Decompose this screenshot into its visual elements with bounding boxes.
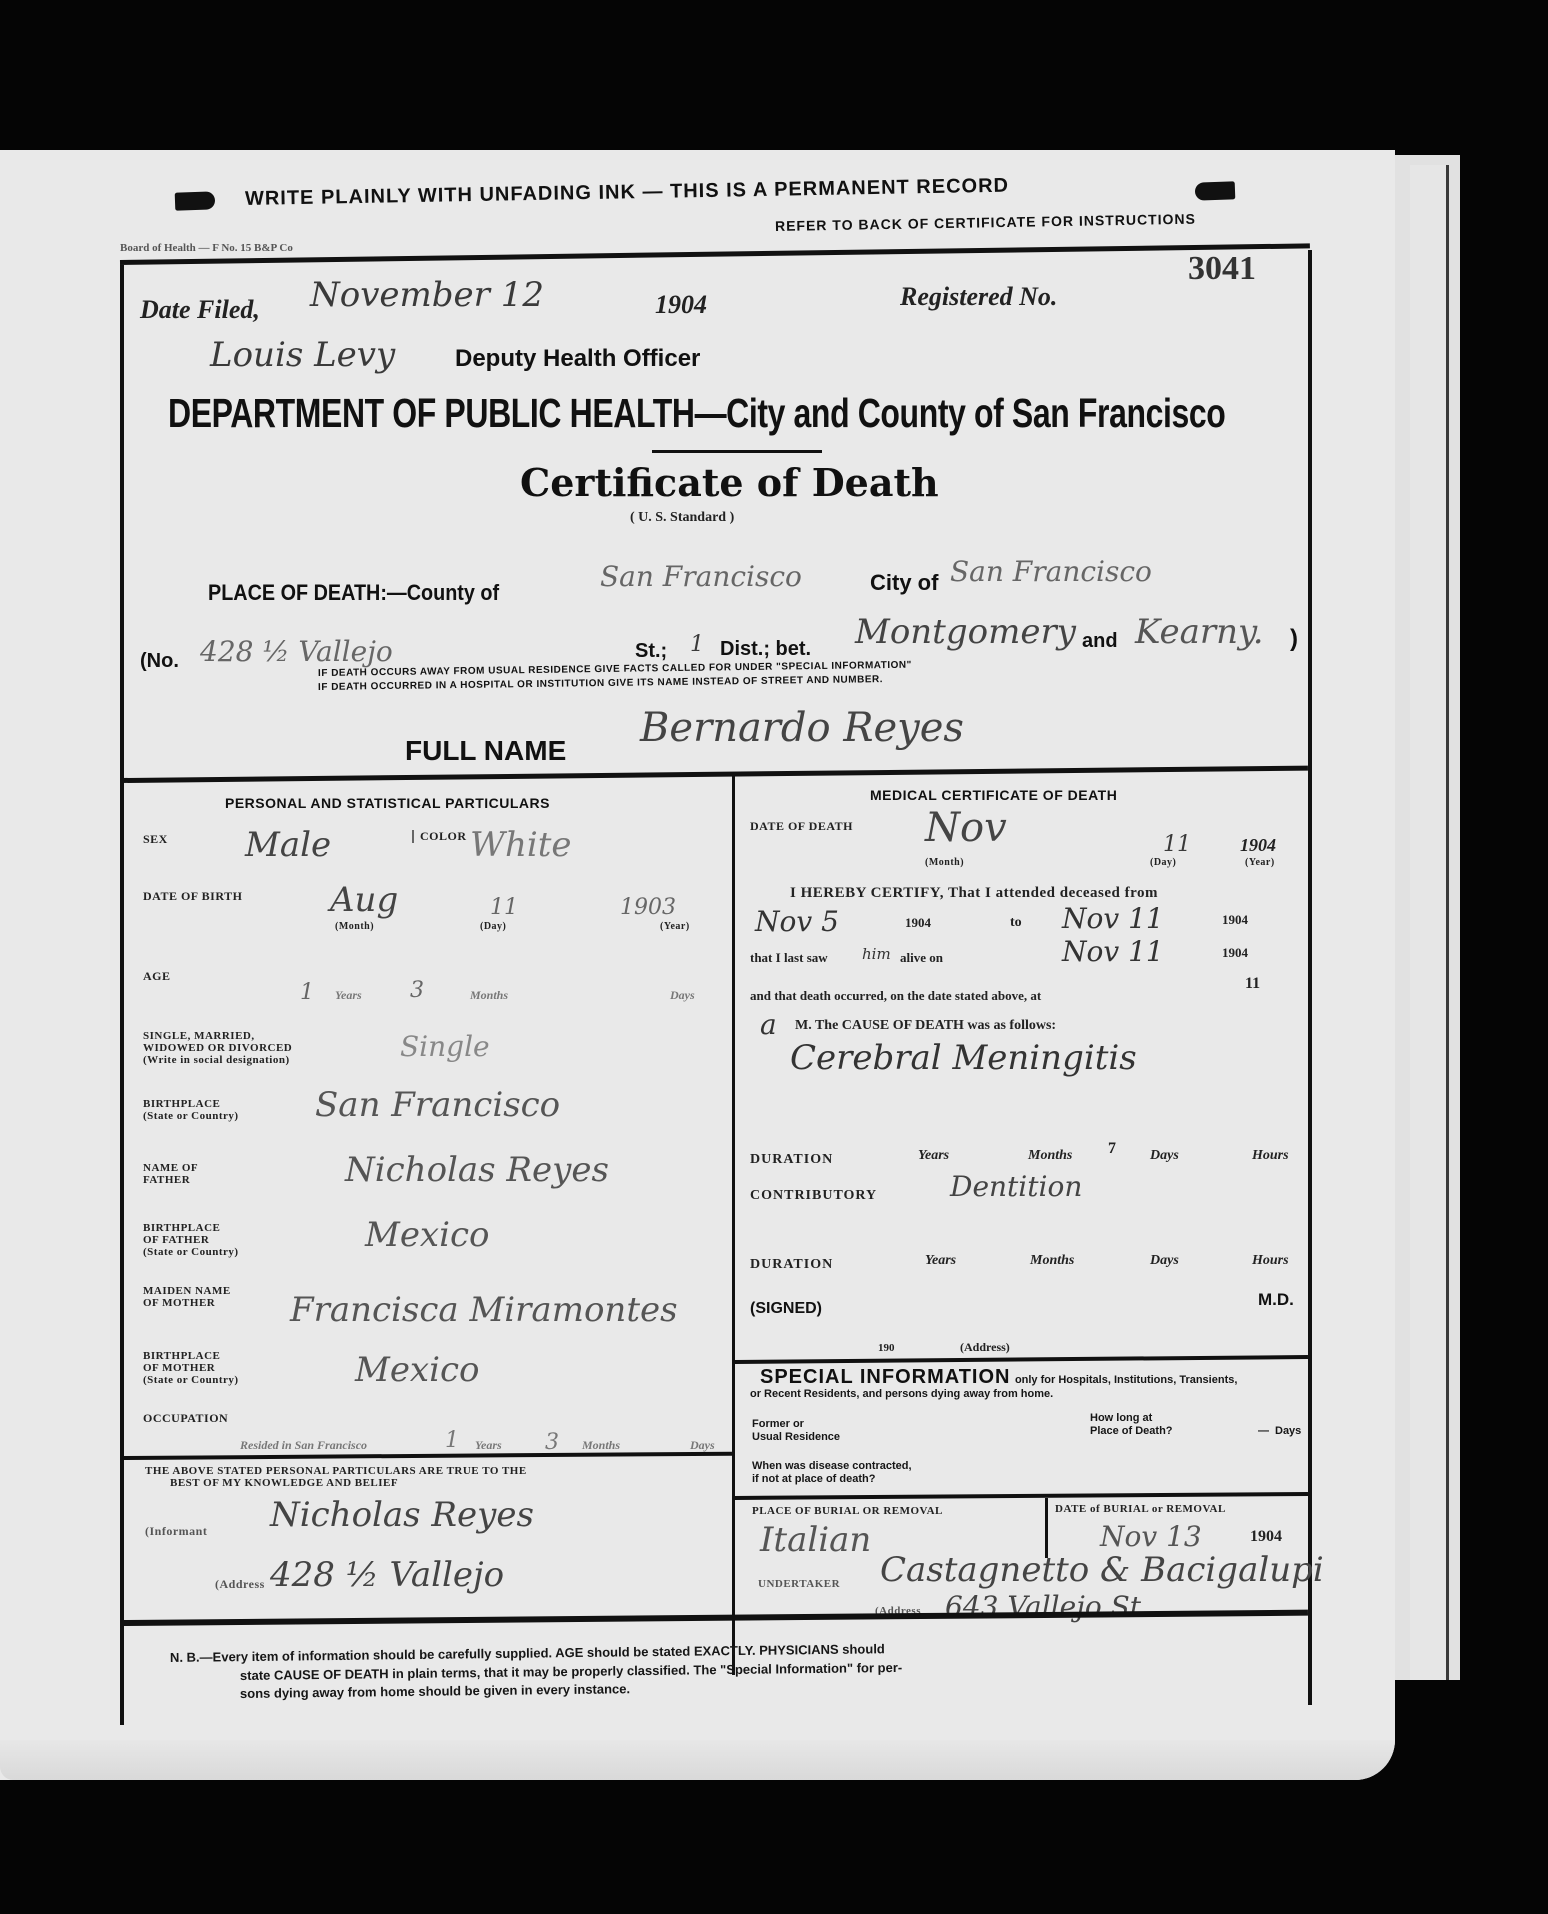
undertaker-label: UNDERTAKER	[758, 1578, 840, 1591]
last-saw-label: that I last saw	[750, 950, 828, 966]
birthplace-label: BIRTHPLACE (State or Country)	[143, 1098, 239, 1122]
pointing-hand-icon	[175, 191, 216, 210]
duration-2-years-label: Years	[925, 1253, 956, 1269]
last-saw-year: 1904	[1222, 945, 1248, 961]
duration-label: DURATION	[750, 1152, 833, 1168]
certificate-title: Certificate of Death	[520, 460, 939, 505]
duration-days-label: Days	[1150, 1148, 1179, 1164]
father-bp-label-line-1: BIRTHPLACE	[143, 1222, 239, 1234]
dob-day-label: (Day)	[480, 920, 506, 933]
contracted-label: When was disease contracted, if not at p…	[752, 1460, 912, 1486]
dob-label: DATE OF BIRTH	[143, 890, 242, 903]
birthplace-label-line-1: BIRTHPLACE	[143, 1098, 239, 1110]
death-occurred-text: and that death occurred, on the date sta…	[750, 988, 1041, 1004]
mother-label-line-1: MAIDEN NAME	[143, 1285, 231, 1297]
undertaker-value: Castagnetto & Bacigalupi	[880, 1550, 1324, 1590]
special-rule	[735, 1355, 1308, 1364]
age-years-label: Years	[335, 988, 362, 1003]
medical-heading: MEDICAL CERTIFICATE OF DEATH	[870, 787, 1117, 803]
dod-year: 1904	[1240, 835, 1276, 856]
former-residence-label: Former or Usual Residence	[752, 1418, 840, 1444]
and-label: and	[1082, 630, 1118, 653]
duration-months-value: 7	[1108, 1140, 1116, 1158]
dod-month-label: (Month)	[925, 856, 964, 869]
warning-banner: WRITE PLAINLY WITH UNFADING INK — THIS I…	[245, 175, 1009, 211]
duration-2-hours-label: Hours	[1252, 1253, 1289, 1269]
cause-label: M. The CAUSE OF DEATH was as follows:	[795, 1018, 1056, 1034]
pointing-hand-icon	[1195, 181, 1236, 200]
duration-2-days-label: Days	[1150, 1253, 1179, 1269]
dod-year-label: (Year)	[1245, 856, 1275, 869]
mother-bp-label-line-3: (State or Country)	[143, 1374, 239, 1386]
place-of-death-label: PLACE OF DEATH:—County of	[208, 580, 499, 606]
mother-name-value: Francisca Miramontes	[290, 1290, 678, 1330]
personal-heading: PERSONAL AND STATISTICAL PARTICULARS	[225, 795, 550, 811]
right-border	[1308, 250, 1312, 1705]
age-days-label: Days	[670, 988, 695, 1003]
marital-label-line-1: SINGLE, MARRIED,	[143, 1030, 292, 1042]
father-label-line-1: NAME OF	[143, 1162, 198, 1174]
department-heading: DEPARTMENT OF PUBLIC HEALTH—City and Cou…	[168, 390, 1225, 437]
father-birthplace-value: Mexico	[365, 1215, 490, 1255]
mother-label-line-2: OF MOTHER	[143, 1297, 231, 1309]
left-border	[120, 265, 124, 1725]
street-number-label: (No.	[140, 650, 179, 673]
registered-label: Registered No.	[900, 282, 1057, 312]
duration-months-label: Months	[1028, 1148, 1072, 1164]
how-long-label: How long at Place of Death?	[1090, 1412, 1173, 1438]
father-name-value: Nicholas Reyes	[345, 1150, 609, 1190]
city-value: San Francisco	[950, 555, 1152, 588]
full-name-label: FULL NAME	[405, 735, 566, 767]
date-filed-value: November 12	[310, 275, 544, 315]
date-filed-label: Date Filed,	[140, 295, 260, 325]
physician-address-label: (Address)	[960, 1340, 1010, 1355]
resided-years: 1	[445, 1428, 459, 1453]
year-prefix: 190	[878, 1342, 895, 1354]
father-name-label: NAME OF FATHER	[143, 1162, 198, 1186]
birthplace-value: San Francisco	[315, 1085, 560, 1125]
form-number: Board of Health — F No. 15 B&P Co	[120, 242, 293, 254]
attest-line-2: BEST OF MY KNOWLEDGE AND BELIEF	[170, 1477, 398, 1490]
dob-month-label: (Month)	[335, 920, 374, 933]
street-label: St.;	[635, 640, 667, 663]
how-long-value: —	[1258, 1425, 1269, 1437]
nb-line-3: sons dying away from home should be give…	[240, 1681, 630, 1701]
city-label: City of	[870, 570, 938, 596]
duration-hours-label: Hours	[1252, 1148, 1289, 1164]
district-label: Dist.; bet.	[720, 638, 811, 661]
duration-2-months-label: Months	[1030, 1253, 1074, 1269]
full-name-value: Bernardo Reyes	[640, 705, 964, 751]
attended-from: Nov 5	[755, 905, 839, 938]
father-bp-label-line-3: (State or Country)	[143, 1246, 239, 1258]
death-certificate: WRITE PLAINLY WITH UNFADING INK — THIS I…	[0, 150, 1395, 1780]
marital-label-line-2: WIDOWED OR DIVORCED	[143, 1042, 292, 1054]
marital-label: SINGLE, MARRIED, WIDOWED OR DIVORCED (Wr…	[143, 1030, 292, 1066]
duration-2-label: DURATION	[750, 1257, 833, 1273]
certify-text: I HEREBY CERTIFY, That I attended deceas…	[790, 885, 1158, 902]
mother-bp-label-line-2: OF MOTHER	[143, 1362, 239, 1374]
between-street-2: Kearny.	[1135, 612, 1264, 652]
how-long-label-line-2: Place of Death?	[1090, 1425, 1173, 1438]
burial-place-value: Italian	[760, 1520, 871, 1560]
section-rule	[122, 766, 1308, 783]
mother-birthplace-label: BIRTHPLACE OF MOTHER (State or Country)	[143, 1350, 239, 1386]
burial-divider	[1045, 1498, 1048, 1558]
date-filed-year: 1904	[655, 290, 707, 320]
mother-bp-label-line-1: BIRTHPLACE	[143, 1350, 239, 1362]
mother-birthplace-value: Mexico	[355, 1350, 480, 1390]
burial-place-label: PLACE OF BURIAL OR REMOVAL	[752, 1505, 943, 1518]
sex-value: Male	[245, 825, 331, 865]
dob-month: Aug	[330, 880, 398, 920]
duration-years-label: Years	[918, 1148, 949, 1164]
resided-months: 3	[545, 1430, 559, 1455]
registered-number: 3041	[1188, 250, 1256, 288]
informant-address-label: (Address	[215, 1578, 265, 1591]
dob-day: 11	[490, 895, 518, 920]
dob-year-label: (Year)	[660, 920, 690, 933]
occupation-label: OCCUPATION	[143, 1412, 228, 1425]
last-saw-date: Nov 11	[1062, 935, 1164, 968]
informant-label: (Informant	[145, 1525, 207, 1538]
birthplace-label-line-2: (State or Country)	[143, 1110, 239, 1122]
instructions-note: REFER TO BACK OF CERTIFICATE FOR INSTRUC…	[775, 211, 1196, 234]
officer-title: Deputy Health Officer	[455, 345, 700, 373]
resided-days-label: Days	[690, 1438, 715, 1453]
death-hour: 11	[1245, 975, 1260, 993]
dod-month: Nov	[925, 805, 1007, 851]
burial-rule	[735, 1492, 1308, 1500]
special-heading: SPECIAL INFORMATION only for Hospitals, …	[760, 1366, 1237, 1389]
how-long-label-line-1: How long at	[1090, 1412, 1173, 1425]
dod-day: 11	[1163, 832, 1191, 857]
cause-value: Cerebral Meningitis	[790, 1038, 1137, 1078]
street-address-value: 428 ½ Vallejo	[200, 635, 393, 668]
age-years: 1	[300, 980, 314, 1005]
burial-date-label: DATE of BURIAL or REMOVAL	[1055, 1503, 1226, 1516]
to-label: to	[1010, 915, 1022, 931]
marital-value: Single	[400, 1030, 490, 1063]
father-bp-label-line-2: OF FATHER	[143, 1234, 239, 1246]
burial-date-year: 1904	[1250, 1528, 1282, 1546]
contracted-label-line-1: When was disease contracted,	[752, 1460, 912, 1473]
certificate-subtitle: ( U. S. Standard )	[630, 510, 734, 526]
attended-to: Nov 11	[1062, 902, 1164, 935]
father-label-line-2: FATHER	[143, 1174, 198, 1186]
former-label-line-1: Former or	[752, 1418, 840, 1431]
special-heading-line-2: or Recent Residents, and persons dying a…	[750, 1388, 1053, 1400]
contributory-value: Dentition	[950, 1170, 1082, 1203]
attest-rule	[122, 1452, 732, 1460]
dod-day-label: (Day)	[1150, 856, 1176, 869]
informant-value: Nicholas Reyes	[270, 1495, 534, 1535]
marital-label-line-3: (Write in social designation)	[143, 1054, 292, 1066]
resided-months-label: Months	[582, 1438, 620, 1453]
signed-label: (SIGNED)	[750, 1300, 822, 1318]
former-label-line-2: Usual Residence	[752, 1431, 840, 1444]
special-heading-rest: only for Hospitals, Institutions, Transi…	[1015, 1374, 1237, 1386]
md-label: M.D.	[1258, 1290, 1294, 1310]
color-label: COLOR	[412, 830, 467, 843]
sex-label: SEX	[143, 833, 168, 846]
county-value: San Francisco	[600, 560, 802, 593]
contracted-label-line-2: if not at place of death?	[752, 1473, 912, 1486]
age-label: AGE	[143, 970, 171, 983]
color-value: White	[470, 825, 572, 865]
column-divider	[732, 775, 735, 1675]
alive-on-label: alive on	[900, 950, 943, 966]
dod-label: DATE OF DEATH	[750, 820, 853, 833]
close-paren: )	[1290, 625, 1298, 653]
informant-address-value: 428 ½ Vallejo	[270, 1555, 504, 1595]
resided-label: Resided in San Francisco	[240, 1438, 367, 1453]
how-long-days-label: Days	[1275, 1425, 1301, 1437]
title-divider	[652, 450, 822, 453]
father-birthplace-label: BIRTHPLACE OF FATHER (State or Country)	[143, 1222, 239, 1258]
ampm-value: a	[760, 1008, 777, 1041]
officer-signature: Louis Levy	[210, 335, 395, 375]
burial-date-value: Nov 13	[1100, 1520, 1202, 1553]
between-street-1: Montgomery	[855, 612, 1076, 652]
last-saw-pronoun: him	[862, 945, 891, 963]
special-heading-big: SPECIAL INFORMATION	[760, 1366, 1010, 1388]
paper-stack-edge	[1410, 165, 1449, 1680]
age-months: 3	[410, 978, 424, 1003]
attended-from-year: 1904	[905, 915, 931, 931]
top-rule	[120, 243, 1310, 265]
contributory-label: CONTRIBUTORY	[750, 1188, 877, 1204]
ward-value: 1	[690, 632, 704, 657]
age-months-label: Months	[470, 988, 508, 1003]
attended-to-year: 1904	[1222, 912, 1248, 928]
mother-name-label: MAIDEN NAME OF MOTHER	[143, 1285, 231, 1309]
nb-line-2: state CAUSE OF DEATH in plain terms, tha…	[240, 1660, 902, 1683]
resided-years-label: Years	[475, 1438, 502, 1453]
dob-year: 1903	[620, 895, 676, 920]
